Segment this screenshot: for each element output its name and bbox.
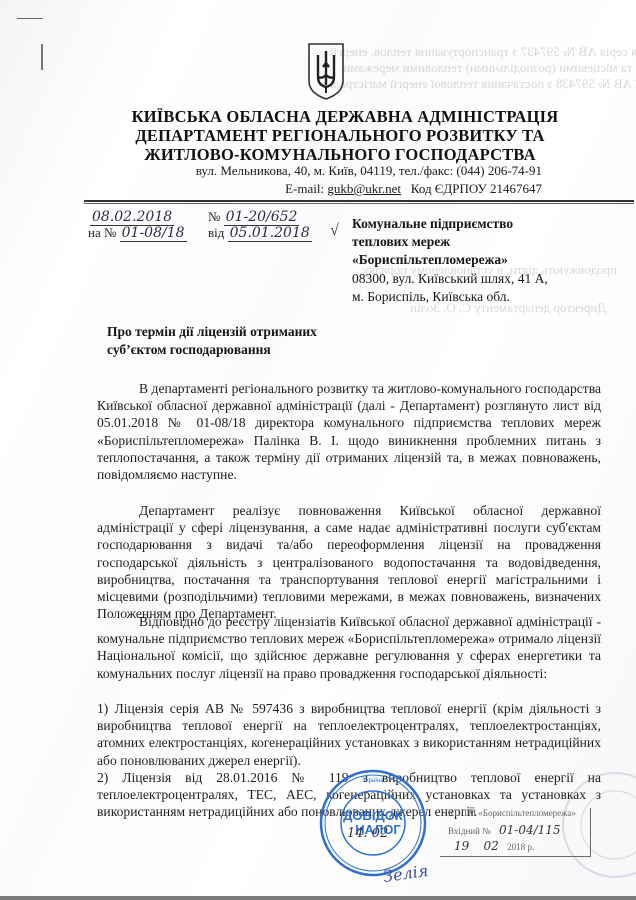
reference-date: від 05.01.2018 xyxy=(208,225,312,242)
header-divider xyxy=(84,203,634,204)
trident-icon xyxy=(306,41,346,101)
recipient-line: Комунальне підприємство xyxy=(352,215,548,233)
check-mark-icon: √ xyxy=(330,222,339,240)
license-item: 1) Ліцензія серія АВ № 597436 з виробниц… xyxy=(97,700,601,769)
margin-mark xyxy=(41,44,43,70)
email-link[interactable]: gukb@ukr.net xyxy=(327,181,401,196)
letter-subject: Про термін дії ліцензій отриманих суб’єк… xyxy=(107,323,317,359)
edrpou-code: Код ЄДРПОУ 21467647 xyxy=(411,181,542,196)
org-name-line3: ЖИТЛОВО-КОМУНАЛЬНОГО ГОСПОДАРСТВА xyxy=(0,145,636,165)
org-contacts: E-mail: gukb@ukr.net Код ЄДРПОУ 21467647 xyxy=(285,181,542,197)
reference-date-value: 05.01.2018 xyxy=(228,225,312,242)
inbox-month: 02 xyxy=(484,839,499,853)
scan-edge xyxy=(0,896,636,900)
stamp-handwritten-date: 14. 02 xyxy=(347,826,388,841)
margin-mark xyxy=(17,18,43,19)
recipient-line: «Бориспільтепломережа» xyxy=(352,251,548,269)
body-paragraph: В департаменті регіонального розвитку та… xyxy=(97,380,601,483)
svg-text:ДОВІДОК: ДОВІДОК xyxy=(343,808,403,823)
recipient-line: м. Бориспіль, Київська обл. xyxy=(352,288,548,306)
recipient-line: теплових мереж xyxy=(352,233,548,251)
reference-number-value: 01-08/18 xyxy=(120,225,187,242)
inbox-number: 01-04/115 xyxy=(499,823,561,837)
bleed-through-text: магістральними та місцевими (розподільчи… xyxy=(340,60,636,76)
org-name-line1: КИЇВСЬКА ОБЛАСНА ДЕРЖАВНА АДМІНІСТРАЦІЯ xyxy=(0,107,636,127)
body-paragraph: Відповідно до реєстру ліцензіатів Київсь… xyxy=(97,613,601,682)
org-name-line2: ДЕПАРТАМЕНТ РЕГІОНАЛЬНОГО РОЗВИТКУ ТА xyxy=(0,126,636,146)
outgoing-number: № 01-20/652 xyxy=(208,209,299,226)
svg-text:Україна: Україна xyxy=(362,778,384,784)
inbox-year: 2018 р. xyxy=(507,842,534,852)
outgoing-date: 08.02.2018 xyxy=(90,209,174,226)
org-address: вул. Мельникова, 40, м. Київ, 04119, тел… xyxy=(196,163,542,179)
bleed-through-text: 4) Ліцензія серії АВ № 597438 з постачан… xyxy=(330,76,636,92)
header-divider xyxy=(84,200,634,202)
round-seal-icon: ДОВІДОК НАЛОГ Україна xyxy=(318,768,428,878)
recipient-block: Комунальне підприємство теплових мереж «… xyxy=(352,215,548,306)
outgoing-number-value: 01-20/652 xyxy=(224,209,300,226)
email-label: E-mail: xyxy=(285,181,324,196)
bleed-through-text: 3) Ліцензія серія АВ № 597437 з транспор… xyxy=(330,44,636,60)
inbox-registration-stamp: КП ТМ «Бориспільтепломережа» Вхідний № 0… xyxy=(440,808,591,857)
recipient-line: 08300, вул. Київський шлях, 41 А, xyxy=(352,270,548,288)
document-page: 3) Ліцензія серія АВ № 597437 з транспор… xyxy=(0,0,636,900)
body-paragraph: Департамент реалізує повноваження Київсь… xyxy=(97,502,601,622)
inbox-day: 19 xyxy=(454,839,469,853)
reference-number: на № 01-08/18 xyxy=(88,225,187,242)
outgoing-date-value: 08.02.2018 xyxy=(90,209,174,226)
